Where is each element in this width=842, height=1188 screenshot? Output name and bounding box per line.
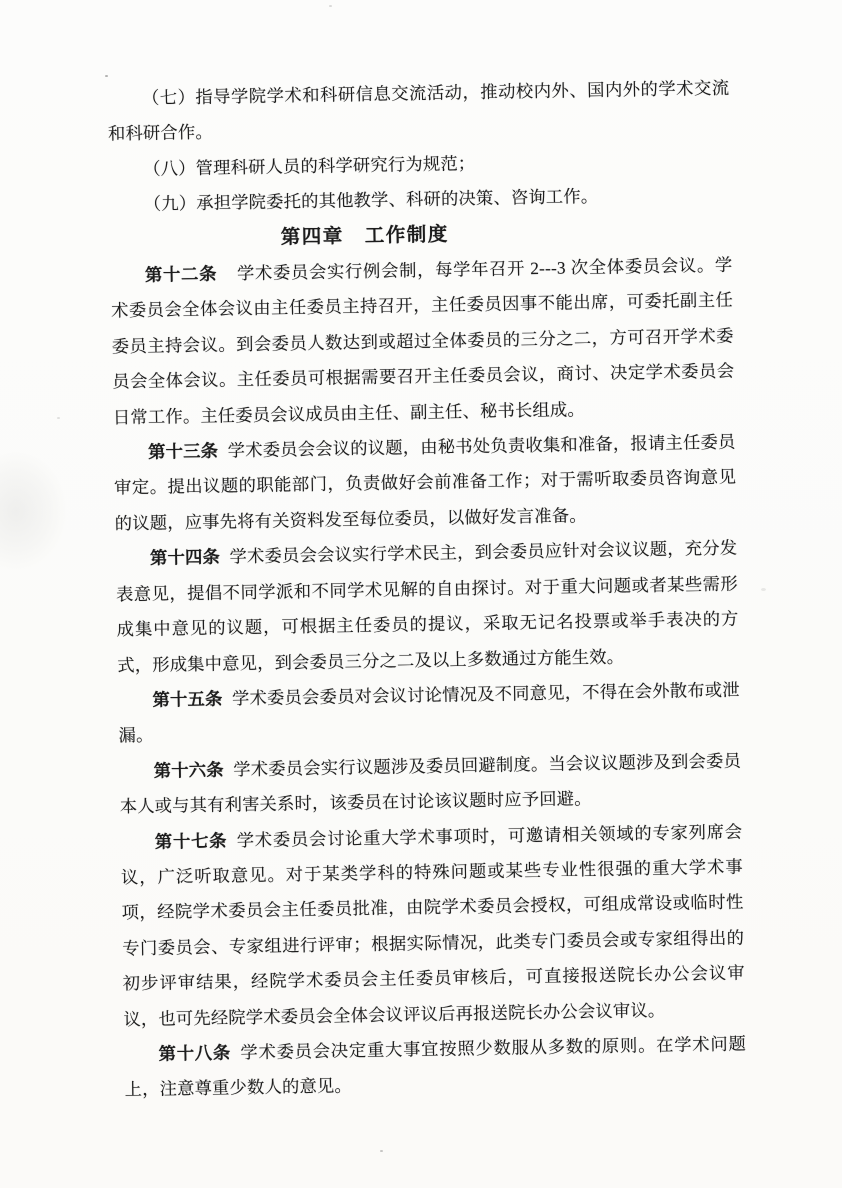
scan-speck — [105, 75, 108, 77]
scan-speck — [761, 588, 766, 591]
article-number: 第十八条 — [158, 1042, 231, 1063]
article-paragraph-18: 第十八条学术委员会决定重大事宜按照少数服从多数的原则。在学术问题上，注意尊重少数… — [124, 1026, 747, 1108]
article-paragraph-15: 第十五条学术委员会委员对会议讨论情况及不同意见，不得在会外散布或泄漏。 — [118, 672, 741, 754]
article-number: 第十六条 — [154, 759, 224, 780]
document-body: （七）指导学院学术和科研信息交流活动，推动校内外、国内外的学术交流和科研合作。 … — [107, 71, 747, 1108]
clause-text: （七）指导学院学术和科研信息交流活动，推动校内外、国内外的学术交流和科研合作。 — [108, 79, 730, 144]
article-paragraph-13: 第十三条学术委员会会议的议题，由秘书处负责收集和准备，报请主任委员审定。提出议题… — [113, 425, 737, 542]
article-number: 第十二条 — [145, 264, 217, 285]
article-number: 第十七条 — [155, 830, 228, 851]
article-paragraph-17: 第十七条学术委员会讨论重大学术事项时，可邀请相关领域的专家列席会议，广泛听取意见… — [120, 814, 746, 1037]
scan-speck — [329, 5, 332, 7]
article-text: 学术委员会讨论重大学术事项时，可邀请相关领域的专家列席会议，广泛听取意见。对于某… — [121, 822, 745, 1029]
scan-speck — [380, 1150, 383, 1152]
article-paragraph-16: 第十六条学术委员会实行议题涉及委员回避制度。当会议议题涉及到会委员本人或与其有利… — [119, 743, 742, 825]
clause-text: （八）管理科研人员的科学研究行为规范； — [143, 154, 475, 179]
scan-smudge — [0, 452, 66, 570]
clause-text: （九）承担学院委托的其他教学、科研的决策、咨询工作。 — [144, 187, 599, 214]
scanned-document-page: （七）指导学院学术和科研信息交流活动，推动校内外、国内外的学术交流和科研合作。 … — [0, 0, 842, 1188]
scan-speck — [57, 417, 60, 419]
article-number: 第十四条 — [150, 547, 220, 568]
article-paragraph-12: 第十二条学术委员会实行例会制，每学年召开 2---3 次全体委员会议。学术委员会… — [110, 248, 735, 436]
article-paragraph-14: 第十四条学术委员会会议实行学术民主，到会委员应针对会议议题，充分发表意见，提倡不… — [115, 531, 739, 683]
clause-paragraph-7: （七）指导学院学术和科研信息交流活动，推动校内外、国内外的学术交流和科研合作。 — [107, 71, 730, 153]
article-number: 第十三条 — [148, 441, 218, 462]
article-number: 第十五条 — [152, 688, 222, 709]
